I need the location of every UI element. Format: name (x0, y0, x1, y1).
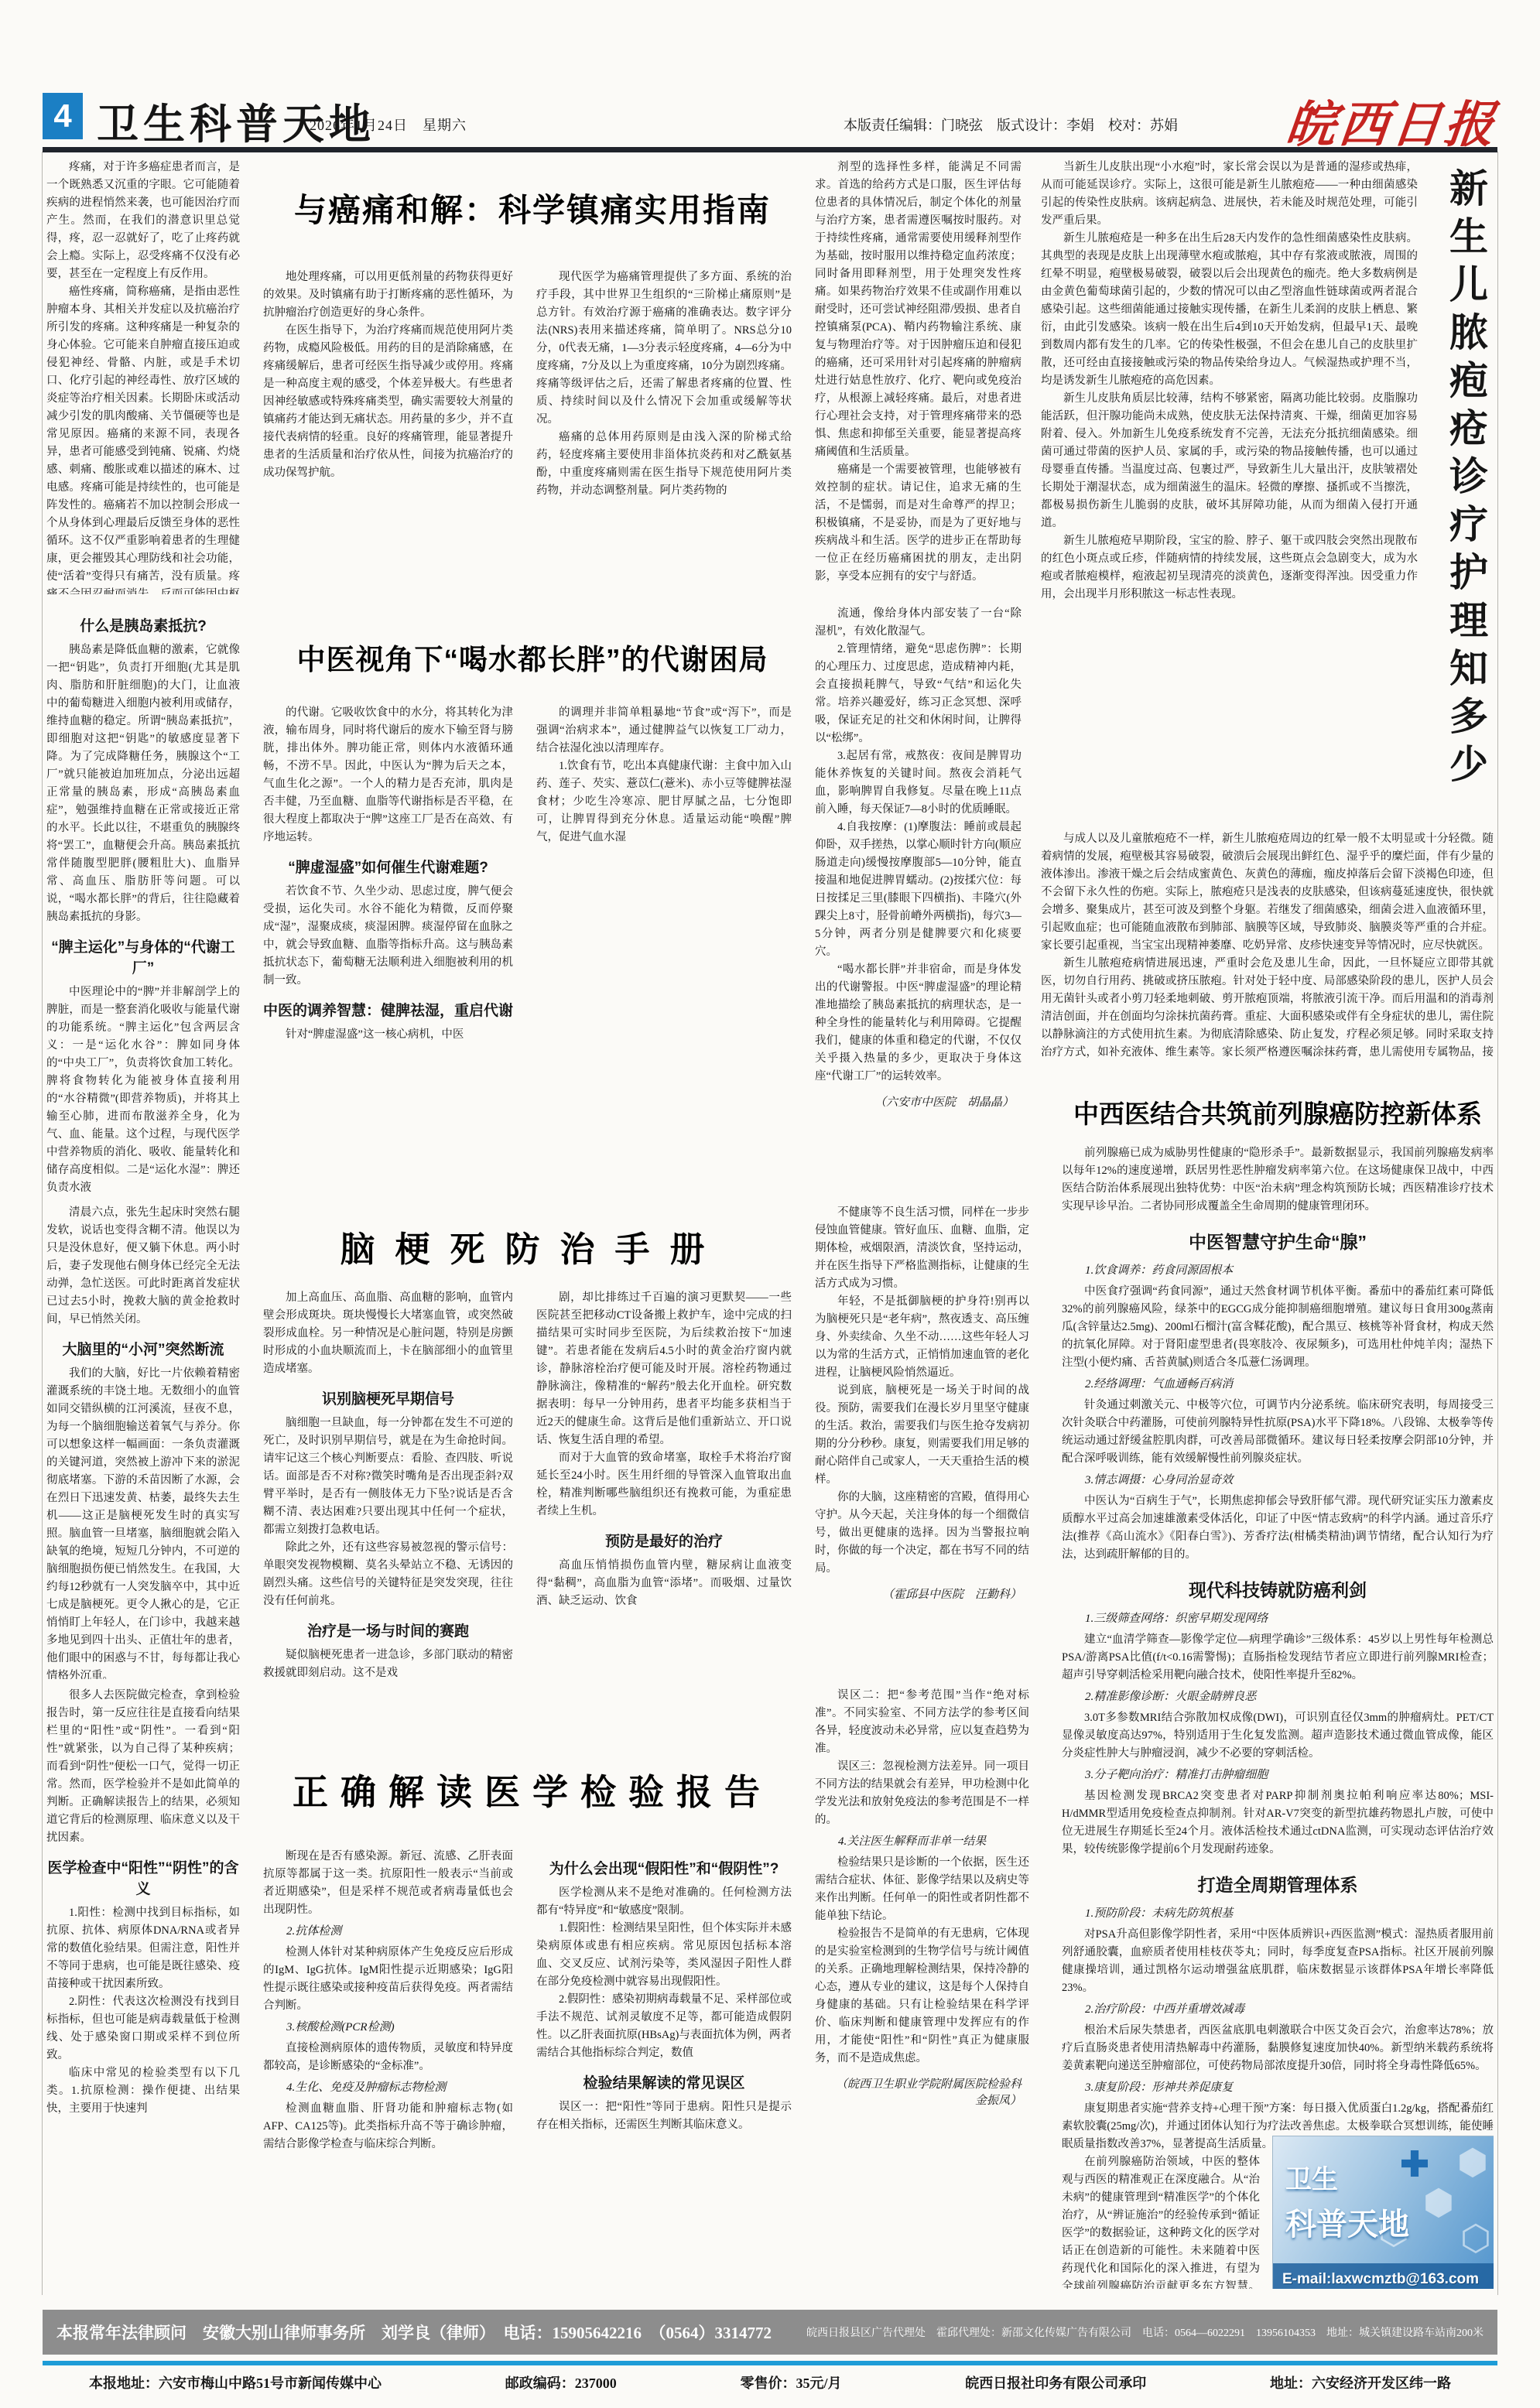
paragraph: 你的大脑，这座精密的宫殿，值得用心守护。从今天起，关注身体的每一个细微信号，做出… (815, 1489, 1029, 1578)
numbered-heading: 1.预防阶段：未病先防筑根基 (1062, 1904, 1494, 1923)
address-item: 皖西日报社印务有限公司承印 (965, 2372, 1146, 2393)
byline: （金寨县人民医院 江秀） (815, 593, 1022, 594)
section-heading: 中医智慧守护生命“腺” (1062, 1228, 1494, 1254)
numbered-heading: 1.饮食调养：药食同源固根本 (1062, 1261, 1494, 1280)
paragraph: 疼痛，对于许多癌症患者而言，是一个既熟悉又沉重的字眼。它可能随着疾病的进程悄然来… (46, 159, 240, 283)
numbered-heading: 2.精准影像诊断：火眼金睛辨良恶 (1062, 1688, 1494, 1706)
section-heading: 打造全周期管理体系 (1062, 1871, 1494, 1897)
article-columns: 清晨六点，张先生起床时突然右腿发软，说话也变得含糊不清。他误以为只是没休息好，便… (46, 1204, 1037, 1679)
article-columns: 前列腺癌已成为威胁男性健康的“隐形杀手”。最新数据显示，我国前列腺癌发病率以每年… (1062, 1144, 1494, 2289)
paragraph: 癌性疼痛，简称癌痛，是指由恶性肿瘤本身、其相关并发症以及抗癌治疗所引发的疼痛。这… (46, 283, 240, 594)
paragraph: 癌痛的总体用药原则是由浅入深的阶梯式给药，轻度疼痛主要使用非甾体抗炎药和对乙酰氨… (536, 429, 792, 500)
article-column: 与成人以及儿童脓疱疮不一样，新生儿脓疱疮周边的红晕一般不太明显或十分轻微。随着病… (1041, 830, 1494, 1062)
article-column: 的代谢。它吸收饮食中的水分，将其转化为津液，输布周身，同时将代谢后的废水下输至肾… (263, 605, 513, 1196)
editors-line: 本版责任编辑：门晓弦 版式设计：李娟 校对：苏娟 (844, 115, 1178, 135)
paragraph: 新生儿脓疱疮是一种多在出生后28天内发作的急性细菌感染性皮肤病。其典型的表现是皮… (1041, 230, 1418, 390)
paragraph: 地处理疼痛，可以用更低剂量的药物获得更好的效果。及时镇痛有助于打断疼痛的恶性循环… (263, 269, 513, 322)
subheading: 检验结果解读的常见误区 (536, 2071, 792, 2092)
paragraph: 新生儿皮肤角质层比较薄，结构不够紧密，隔离功能比较弱。皮脂腺功能活跃，但汗腺功能… (1041, 390, 1418, 532)
article-stroke-handbook: 脑梗死防治手册 清晨六点，张先生起床时突然右腿发软，说话也变得含糊不清。他误以为… (46, 1204, 1037, 1679)
paragraph: 加上高血压、高血脂、高血糖的影响，血管内壁会形成斑块。斑块慢慢长大堵塞血管，或突… (263, 1289, 513, 1378)
subheading: 大脑里的“小河”突然断流 (46, 1338, 240, 1359)
article-column: 前列腺癌已成为威胁男性健康的“隐形杀手”。最新数据显示，我国前列腺癌发病率以每年… (1062, 1144, 1494, 2289)
paragraph: 中医食疗强调“药食同源”，通过天然食材调节机体平衡。番茄中的番茄红素可降低32%… (1062, 1283, 1494, 1372)
article-columns: 当新生儿皮肤出现“小水疱”时，家长常会误以为是普通的湿疹或热痱，从而可能延误诊疗… (1041, 159, 1494, 1083)
subheading: 预防是最好的治疗 (536, 1530, 792, 1551)
article-column: 很多人去医院做完检查，拿到检验报告时，第一反应往往是直接看向结果栏里的“阳性”或… (46, 1687, 240, 2280)
article-lab-report: 正确解读医学检验报告 很多人去医院做完检查，拿到检验报告时，第一反应往往是直接看… (46, 1687, 1037, 2280)
paragraph: 检测人体针对某种病原体产生免疫反应后形成的IgM、IgG抗体。IgM阳性提示近期… (263, 1944, 513, 2015)
paragraph: 而对于大血管的致命堵塞，取栓手术将治疗窗延长至24小时。医生用纤细的导管深入血管… (536, 1449, 792, 1520)
paragraph: “喝水都长胖”并非宿命，而是身体发出的代谢警报。中医“脾虚湿盛”的理论精准地描绘… (815, 961, 1022, 1086)
paragraph: 剧，却比排练过千百遍的演习更默契——一些医院甚至把移动CT设备搬上救护车，途中完… (536, 1289, 792, 1449)
address-bar: 本报地址：六安市梅山中路51号市新闻传媒中心 邮政编码：237000 零售价：3… (43, 2372, 1497, 2393)
paragraph: 高血压悄悄损伤血管内壁，糖尿病让血液变得“黏稠”，高血脂为血管“添堵”。而吸烟、… (536, 1557, 792, 1610)
byline: （霍邱县中医院 汪勤科） (815, 1585, 1029, 1602)
paragraph: 新生儿脓疱疮早期阶段，宝宝的脸、脖子、躯干或四肢会突然出现散布的红色小斑点或丘疹… (1041, 532, 1418, 604)
address-item: 零售价：35元/月 (740, 2372, 841, 2393)
publication-date: 2026年1月24日 星期六 (310, 115, 467, 135)
article-title: 中西医结合共筑前列腺癌防控新体系 (1062, 1094, 1494, 1130)
subheading: 为什么会出现“假阳性”和“假阴性”? (536, 1857, 792, 1878)
paragraph: 1.饮食有节，吃出本真健康代谢：主食中加入山药、莲子、芡实、薏苡仁(薏米)、赤小… (536, 758, 792, 847)
paragraph: 针对“脾虚湿盛”这一核心病机，中医 (263, 1026, 513, 1044)
subheading: 中医的调养智慧：健脾祛湿，重启代谢 (263, 999, 513, 1020)
article-columns: 很多人去医院做完检查，拿到检验报告时，第一反应往往是直接看向结果栏里的“阳性”或… (46, 1687, 1037, 2280)
paragraph: 癌痛是一个需要被管理，也能够被有效控制的症状。请记住，追求无痛的生活，不是懦弱，… (815, 461, 1022, 586)
article-column: 清晨六点，张先生起床时突然右腿发软，说话也变得含糊不清。他误以为只是没休息好，便… (46, 1204, 240, 1679)
newspaper-logo: 皖西日报 (1283, 85, 1501, 156)
numbered-heading: 3.核酸检测(PCR检测) (263, 2018, 513, 2037)
article-column: 什么是胰岛素抵抗?胰岛素是降低血糖的激素，它就像一把“钥匙”，负责打开细胞(尤其… (46, 605, 240, 1196)
article-tcm-metabolism: 中医视角下“喝水都长胖”的代谢困局 什么是胰岛素抵抗?胰岛素是降低血糖的激素，它… (46, 605, 1029, 1196)
paragraph: 直接检测病原体的遗传物质，灵敏度和特异度都较高，是诊断感染的“金标准”。 (263, 2040, 513, 2075)
paragraph: 的调理并非简单粗暴地“节食”或“泻下”，而是强调“治病求本”，通过健脾益气以恢复… (536, 704, 792, 758)
paragraph: 误区一：把“阳性”等同于患病。阳性只是提示存在相关指标，还需医生判断其临床意义。 (536, 2098, 792, 2134)
footer-blue-rule (43, 2361, 1497, 2365)
paragraph: 针灸通过刺激关元、中极等穴位，可调节内分泌系统。临床研究表明，每周接受三次针灸联… (1062, 1397, 1494, 1468)
paragraph: 2.管理情绪，避免“思虑伤脾”：长期的心理压力、过度思虑，造成精神内耗，会直接损… (815, 641, 1022, 747)
subheading: 医学检查中“阳性”“阴性”的含义 (46, 1856, 240, 1898)
paragraph: 2.阴性：代表这次检测没有找到目标指标，但也可能是病毒载量低于检测线、处于感染窗… (46, 1993, 240, 2064)
subheading: 识别脑梗死早期信号 (263, 1387, 513, 1408)
page-number-badge: 4 (43, 93, 83, 139)
hexagon-icon: ⬢ (1423, 2181, 1454, 2223)
paragraph: 不健康等不良生活习惯，同样在一步步侵蚀血管健康。管好血压、血糖、血脂，定期体检，… (815, 1204, 1029, 1293)
article-column: 断现在是否有感染源。新冠、流感、乙肝表面抗原等都属于这一类。抗原阳性一般表示“当… (263, 1687, 513, 2280)
numbered-heading: 4.生化、免疫及肿瘤标志物检测 (263, 2078, 513, 2097)
paragraph: 检测血糖血脂、肝肾功能和肿瘤标志物(如AFP、CA125等)。此类指标升高不等于… (263, 2100, 513, 2153)
paragraph: 断现在是否有感染源。新冠、流感、乙肝表面抗原等都属于这一类。抗原阳性一般表示“当… (263, 1848, 513, 1919)
paragraph: 误区三：忽视检测方法差异。同一项目不同方法的结果就会有差异，甲功检测中化学发光法… (815, 1758, 1029, 1829)
paragraph: 3.起居有常，戒熬夜：夜间是脾胃功能休养恢复的关键时间。熬夜会消耗气血，影响脾胃… (815, 747, 1022, 819)
paragraph: 中医理论中的“脾”并非解剖学上的脾脏，而是一整套消化吸收与能量代谢的功能系统。“… (46, 983, 240, 1196)
hexagon-icon: ⬢ (1457, 2141, 1488, 2183)
subheading: 什么是胰岛素抵抗? (46, 614, 240, 635)
paragraph: 医学检测从来不是绝对准确的。任何检测方法都有“特异度”和“敏感度”限制。 (536, 1884, 792, 1920)
newspaper-page: 4 卫生科普天地 2026年1月24日 星期六 本版责任编辑：门晓弦 版式设计：… (0, 0, 1540, 2408)
paragraph: 很多人去医院做完检查，拿到检验报告时，第一反应往往是直接看向结果栏里的“阳性”或… (46, 1687, 240, 1847)
paragraph: 根治术后尿失禁患者，西医盆底肌电刺激联合中医艾灸百会穴，治愈率达78%；放疗后直… (1062, 2022, 1494, 2075)
paragraph: 建立“血清学筛查—影像学定位—病理学确诊”三级体系：45岁以上男性每年检测总PS… (1062, 1631, 1494, 1685)
paragraph: 流通，像给身体内部安装了一台“除湿机”，有效化散湿气。 (815, 605, 1022, 641)
paragraph: 胰岛素是降低血糖的激素，它就像一把“钥匙”，负责打开细胞(尤其是肌肉、脂肪和肝脏… (46, 641, 240, 926)
paragraph: 检验报告不是简单的有无患病，它体现的是实验室检测到的生物学信号与统计阈值的关系。… (815, 1925, 1029, 2068)
paragraph: 我们的大脑，好比一片依赖着精密灌溉系统的丰饶土地。无数细小的血管如同交错纵横的江… (46, 1365, 240, 1679)
paragraph: 3.0T多参数MRI结合弥散加权成像(DWI)，可识别直径仅3mm的肿瘤病灶。P… (1062, 1709, 1494, 1763)
paragraph: 1.阳性：检测中找到目标指标，如抗原、抗体、病原体DNA/RNA或者异常的数值化… (46, 1904, 240, 1993)
paragraph: 现代医学为癌痛管理提供了多方面、系统的治疗手段，其中世界卫生组织的“三阶梯止痛原… (536, 269, 792, 429)
numbered-heading: 3.分子靶向治疗：精准打击肿瘤细胞 (1062, 1766, 1494, 1784)
article-column: 地处理疼痛，可以用更低剂量的药物获得更好的效果。及时镇痛有助于打断疼痛的恶性循环… (263, 159, 513, 594)
paragraph: 临床中常见的检验类型有以下几类。1.抗原检测：操作便捷、出结果快，主要用于快速判 (46, 2064, 240, 2118)
subheading: 治疗是一场与时间的赛跑 (263, 1620, 513, 1640)
article-cancer-pain: 与癌痛和解：科学镇痛实用指南 疼痛，对于许多癌症患者而言，是一个既熟悉又沉重的字… (46, 159, 1029, 594)
article-neonatal-pustulosis: 新生儿脓疱疮诊疗护理知多少 当新生儿皮肤出现“小水疱”时，家长常会误以为是普通的… (1041, 159, 1494, 1083)
article-column: 的调理并非简单粗暴地“节食”或“泻下”，而是强调“治病求本”，通过健脾益气以恢复… (536, 605, 792, 1196)
paragraph: 误区二：把“参考范围”当作“绝对标准”。不同实验室、不同方法学的参考区间各异，轻… (815, 1687, 1029, 1758)
article-columns: 什么是胰岛素抵抗?胰岛素是降低血糖的激素，它就像一把“钥匙”，负责打开细胞(尤其… (46, 605, 1029, 1196)
article-column: 流通，像给身体内部安装了一台“除湿机”，有效化散湿气。2.管理情绪，避免“思虑伤… (815, 605, 1022, 1196)
article-column: 疼痛，对于许多癌症患者而言，是一个既熟悉又沉重的字眼。它可能随着疾病的进程悄然来… (46, 159, 240, 594)
banner-line2: 科普天地 (1285, 2200, 1409, 2244)
paragraph: 中医认为“百病生于气”，长期焦虑抑郁会导致肝郁气滞。现代研究证实压力激素皮质醇水… (1062, 1493, 1494, 1564)
paragraph: 脑细胞一旦缺血，每一分钟都在发生不可逆的死亡，及时识别早期信号，就是在为生命抢时… (263, 1414, 513, 1539)
paragraph: 当新生儿皮肤出现“小水疱”时，家长常会误以为是普通的湿疹或热痱，从而可能延误诊疗… (1041, 159, 1418, 230)
legal-advisor-bar: 本报常年法律顾问 安徽大别山律师事务所 刘学良（律师） 电话：159056422… (43, 2310, 1497, 2355)
paragraph: 疑似脑梗死患者一进急诊，多部门联动的精密救援就即刻启动。这不是戏 (263, 1647, 513, 1679)
byline: （皖西卫生职业学院附属医院检验科 金振凤） (815, 2075, 1029, 2108)
paragraph: 年轻，不是抵御脑梗的护身符!别再以为脑梗死只是“老年病”，熬夜透支、高压缠身、外… (815, 1293, 1029, 1382)
paragraph: 与成人以及儿童脓疱疮不一样，新生儿脓疱疮周边的红晕一般不太明显或十分轻微。随着病… (1041, 830, 1494, 955)
section-heading: 现代科技铸就防癌利剑 (1062, 1576, 1494, 1602)
byline: （六安市中医院 胡晶晶） (815, 1093, 1022, 1110)
numbered-heading: 3.康复阶段：形神共养促康复 (1062, 2078, 1494, 2097)
section-banner-image: ⬢ ⬢ ⬡ ⬡ 卫生 科普天地 E-mail:laxwcmztb@163.com (1272, 2136, 1494, 2289)
paragraph: 2.假阴性：感染初期病毒载量不足、采样部位或手法不规范、试剂灵敏度不足等，都可能… (536, 1991, 792, 2062)
paragraph: 的代谢。它吸收饮食中的水分，将其转化为津液，输布周身，同时将代谢后的废水下输至肾… (263, 704, 513, 847)
numbered-heading: 2.治疗阶段：中西并重增效减毒 (1062, 2000, 1494, 2019)
subheading: “脾虚湿盛”如何催生代谢难题? (263, 856, 513, 877)
paragraph: 清晨六点，张先生起床时突然右腿发软，说话也变得含糊不清。他误以为只是没休息好，便… (46, 1204, 240, 1329)
article-column: 加上高血压、高血脂、高血糖的影响，血管内壁会形成斑块。斑块慢慢长大堵塞血管，或突… (263, 1204, 513, 1679)
ad-agency-text: 皖西日报县区广告代理处 霍邱代理处：新邵文化传媒广告有限公司 电话：0564—6… (806, 2324, 1484, 2340)
article-column: 剂型的选择性多样，能满足不同需求。首选的给药方式是口服，医生评估每位患者的具体情… (815, 159, 1022, 594)
paragraph: 基因检测发现BRCA2突变患者对PARP抑制剂奥拉帕利响应率达80%；MSI-H… (1062, 1787, 1494, 1859)
numbered-heading: 1.三级筛查网络：织密早期发现网络 (1062, 1609, 1494, 1628)
numbered-heading: 2.经络调理：气血通畅百病消 (1062, 1375, 1494, 1394)
banner-line1: 卫生 (1285, 2158, 1338, 2196)
address-item: 邮政编码：237000 (505, 2372, 617, 2393)
article-column: 为什么会出现“假阳性”和“假阴性”?医学检测从来不是绝对准确的。任何检测方法都有… (536, 1687, 792, 2280)
legal-advisor-text: 本报常年法律顾问 安徽大别山律师事务所 刘学良（律师） 电话：159056422… (56, 2321, 772, 2344)
paragraph: 在医生指导下，为治疗疼痛而规范使用阿片类药物，成瘾风险极低。用药的目的是消除痛感… (263, 322, 513, 482)
article-columns: 疼痛，对于许多癌症患者而言，是一个既熟悉又沉重的字眼。它可能随着疾病的进程悄然来… (46, 159, 1029, 594)
address-item: 地址：六安经济开发区纬一路 (1270, 2372, 1451, 2393)
numbered-heading: 3.情志调摄：心身同治显奇效 (1062, 1471, 1494, 1490)
banner-email: E-mail:laxwcmztb@163.com (1273, 2263, 1494, 2289)
subheading: “脾主运化”与身体的“代谢工厂” (46, 935, 240, 977)
article-column: 现代医学为癌痛管理提供了多方面、系统的治疗手段，其中世界卫生组织的“三阶梯止痛原… (536, 159, 792, 594)
article-column: 误区二：把“参考范围”当作“绝对标准”。不同实验室、不同方法学的参考区间各异，轻… (815, 1687, 1029, 2280)
hexagon-icon: ⬡ (1460, 2217, 1491, 2259)
article-column: 不健康等不良生活习惯，同样在一步步侵蚀血管健康。管好血压、血糖、血脂，定期体检，… (815, 1204, 1029, 1679)
paragraph: 除此之外，还有这些容易被忽视的警示信号：单眼突发视物模糊、莫名头晕站立不稳、无诱… (263, 1539, 513, 1610)
medical-cross-icon (1401, 2150, 1428, 2177)
paragraph: 前列腺癌已成为威胁男性健康的“隐形杀手”。最新数据显示，我国前列腺癌发病率以每年… (1062, 1144, 1494, 1216)
page-header: 4 卫生科普天地 2026年1月24日 星期六 本版责任编辑：门晓弦 版式设计：… (43, 91, 1497, 147)
paragraph: 4.自我按摩：(1)摩腹法：睡前或晨起仰卧，双手搓热，以掌心顺时针方向(顺应肠道… (815, 819, 1022, 961)
numbered-heading: 2.抗体检测 (263, 1922, 513, 1941)
paragraph: 在前列腺癌防治领域，中医的整体观与西医的精准观正在深度融合。从“治未病”的健康管… (1062, 2153, 1260, 2289)
article-column: 当新生儿皮肤出现“小水疱”时，家长常会误以为是普通的湿疹或热痱，从而可能延误诊疗… (1041, 159, 1418, 830)
article-prostate-cancer: 中西医结合共筑前列腺癌防控新体系 前列腺癌已成为威胁男性健康的“隐形杀手”。最新… (1062, 1089, 1494, 2289)
paragraph: 说到底，脑梗死是一场关于时间的战役。预防，需要我们在漫长岁月里坚守健康的生活。救… (815, 1382, 1029, 1489)
paragraph: 1.假阳性：检测结果呈阳性，但个体实际并未感染病原体或患有相应疾病。常见原因包括… (536, 1920, 792, 1991)
header-rule (43, 147, 1497, 152)
article-column: 剧，却比排练过千百遍的演习更默契——一些医院甚至把移动CT设备搬上救护车，途中完… (536, 1204, 792, 1679)
address-item: 本报地址：六安市梅山中路51号市新闻传媒中心 (89, 2372, 382, 2393)
numbered-heading: 4.关注医生解释而非单一结果 (815, 1832, 1029, 1851)
paragraph: 新生儿脓疱疮病情进展迅速，严重时会危及患儿生命，因此，一旦怀疑应立即带其就医，切… (1041, 955, 1494, 1062)
paragraph: 对PSA升高但影像学阴性者，采用“中医体质辨识+西医监测”模式：湿热质者服用前列… (1062, 1926, 1494, 1997)
paragraph: 剂型的选择性多样，能满足不同需求。首选的给药方式是口服，医生评估每位患者的具体情… (815, 159, 1022, 461)
paragraph: 检验结果只是诊断的一个依据，医生还需结合症状、体征、影像学结果以及病史等来作出判… (815, 1854, 1029, 1925)
paragraph: 若饮食不节、久坐少动、思虑过度，脾气便会受损，运化失司。水谷不能化为精微，反而停… (263, 883, 513, 990)
